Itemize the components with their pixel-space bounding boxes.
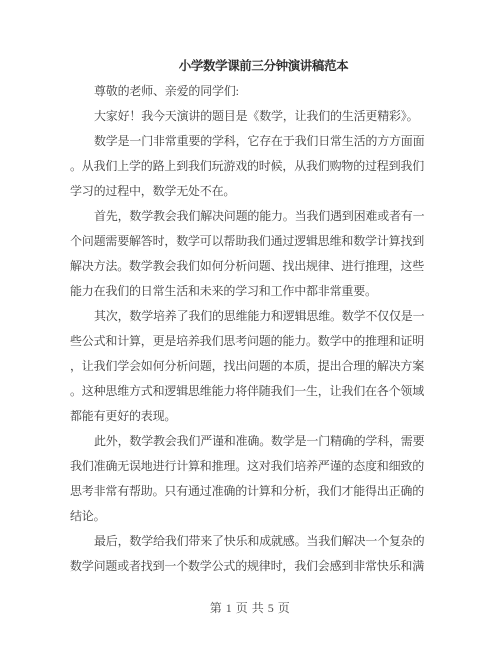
- document-page: 小学数学课前三分钟演讲稿范本 尊敬的老师、亲爱的同学们: 大家好！我今天演讲的题…: [0, 0, 500, 647]
- salutation-paragraph: 尊敬的老师、亲爱的同学们:: [70, 79, 435, 104]
- first-point-paragraph: 首先，数学教会我们解决问题的能力。当我们遇到困难或者有一 个问题需要解答时，数学…: [70, 204, 435, 304]
- third-point-paragraph: 此外，数学教会我们严谨和准确。数学是一门精确的学科，需要 我们准确无误地进行计算…: [70, 429, 435, 529]
- closing-paragraph: 最后，数学给我们带来了快乐和成就感。当我们解决一个复杂的 数学问题或者找到一个数…: [70, 529, 435, 579]
- page-number-footer: 第 1 页 共 5 页: [0, 596, 500, 621]
- greeting-paragraph: 大家好！我今天演讲的题目是《数学，让我们的生活更精彩》。: [70, 104, 435, 129]
- document-title: 小学数学课前三分钟演讲稿范本: [70, 54, 435, 79]
- document-body: 尊敬的老师、亲爱的同学们: 大家好！我今天演讲的题目是《数学，让我们的生活更精彩…: [70, 79, 435, 579]
- second-point-paragraph: 其次，数学培养了我们的思维能力和逻辑思维。数学不仅仅是一 些公式和计算，更是培养…: [70, 304, 435, 429]
- intro-paragraph: 数学是一门非常重要的学科，它存在于我们日常生活的方方面面 。从我们上学的路上到我…: [70, 129, 435, 204]
